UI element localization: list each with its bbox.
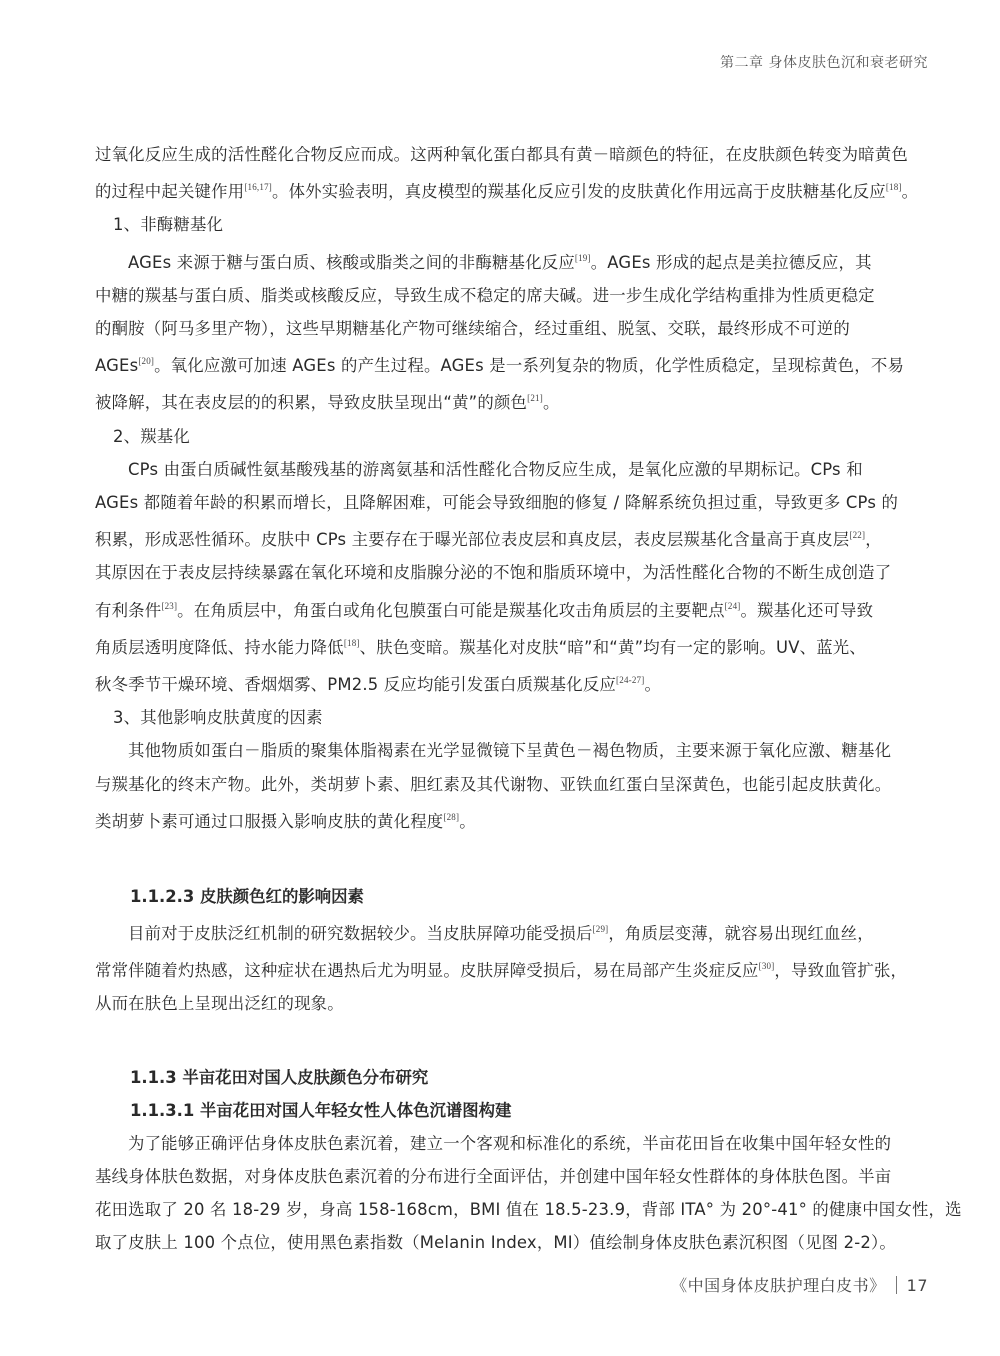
- paragraph-cps: CPs 由蛋白质碱性氨基酸残基的游离氨基和活性醛化合物反应生成，是氧化应激的早期…: [95, 453, 907, 701]
- paragraph-ages: AGEs 来源于糖与蛋白质、核酸或脂类之间的非酶糖基化反应[19]。AGEs 形…: [95, 242, 907, 420]
- text-line: 常常伴随着灼热感，这种症状在遇热后尤为明显。皮肤屏障受损后，易在局部产生炎症反应…: [95, 950, 907, 987]
- subheading-carbonylation: 2、羰基化: [95, 420, 907, 453]
- text-span: 。: [644, 675, 661, 694]
- text-span: 被降解，其在表皮层的的积累，导致皮肤呈现出“黄”的颜色: [95, 393, 527, 412]
- paragraph-redness: 目前对于皮肤泛红机制的研究数据较少。当皮肤屏障功能受损后[29]，角质层变薄，就…: [95, 913, 907, 1021]
- text-line: 过氧化反应生成的活性醛化合物反应而成。这两种氧化蛋白都具有黄－暗颜色的特征，在皮…: [95, 138, 907, 171]
- spacer: [95, 838, 907, 880]
- text-span: 。: [459, 812, 476, 831]
- text-span: 目前对于皮肤泛红机制的研究数据较少。当皮肤屏障功能受损后: [128, 924, 593, 943]
- text-line: 与羰基化的终末产物。此外，类胡萝卜素、胆红素及其代谢物、亚铁血红蛋白呈深黄色，也…: [95, 768, 907, 801]
- footer-divider: [896, 1276, 897, 1294]
- text-span: ，角质层变薄，就容易出现红血丝，: [608, 924, 873, 943]
- text-span: 积累，形成恶性循环。皮肤中 CPs 主要存在于曝光部位表皮层和真皮层，表皮层羰基…: [95, 530, 849, 549]
- running-header: 第二章 身体皮肤色沉和衰老研究: [720, 52, 928, 72]
- text-span: 类胡萝卜素可通过口服摄入影响皮肤的黄化程度: [95, 812, 443, 831]
- citation-ref: [18]: [344, 638, 360, 648]
- text-span: 常常伴随着灼热感，这种症状在遇热后尤为明显。皮肤屏障受损后，易在局部产生炎症反应: [95, 961, 759, 980]
- citation-ref: [29]: [593, 924, 609, 934]
- text-span: 秋冬季节干燥环境、香烟烟雾、PM2.5 反应均能引发蛋白质羰基化反应: [95, 675, 616, 694]
- text-span: 角质层透明度降低、持水能力降低: [95, 638, 344, 657]
- citation-ref: [30]: [759, 961, 775, 971]
- text-span: 。: [543, 393, 560, 412]
- paragraph-study: 为了能够正确评估身体皮肤色素沉着，建立一个客观和标准化的系统，半亩花田旨在收集中…: [95, 1127, 907, 1260]
- text-span: 。羰基化还可导致: [740, 601, 873, 620]
- text-line: 为了能够正确评估身体皮肤色素沉着，建立一个客观和标准化的系统，半亩花田旨在收集中…: [95, 1127, 907, 1160]
- text-line: 积累，形成恶性循环。皮肤中 CPs 主要存在于曝光部位表皮层和真皮层，表皮层羰基…: [95, 519, 907, 556]
- text-line: 秋冬季节干燥环境、香烟烟雾、PM2.5 反应均能引发蛋白质羰基化反应[24-27…: [95, 664, 907, 701]
- text-span: 。AGEs 形成的起点是美拉德反应，其: [591, 253, 872, 272]
- text-span: 。体外实验表明，真皮模型的羰基化反应引发的皮肤黄化作用远高于皮肤糖基化反应: [272, 182, 886, 201]
- text-line: 其他物质如蛋白－脂质的聚集体脂褐素在光学显微镜下呈黄色－褐色物质，主要来源于氧化…: [95, 734, 907, 767]
- text-line: 被降解，其在表皮层的的积累，导致皮肤呈现出“黄”的颜色[21]。: [95, 382, 907, 419]
- text-span: AGEs: [95, 356, 138, 375]
- text-line: CPs 由蛋白质碱性氨基酸残基的游离氨基和活性醛化合物反应生成，是氧化应激的早期…: [95, 453, 907, 486]
- paragraph-continued: 过氧化反应生成的活性醛化合物反应而成。这两种氧化蛋白都具有黄－暗颜色的特征，在皮…: [95, 138, 907, 208]
- text-line: 中糖的羰基与蛋白质、脂类或核酸反应，导致生成不稳定的席夫碱。进一步生成化学结构重…: [95, 279, 907, 312]
- text-span: 。氧化应激可加速 AGEs 的产生过程。AGEs 是一系列复杂的物质，化学性质稳…: [154, 356, 904, 375]
- page-body: 过氧化反应生成的活性醛化合物反应而成。这两种氧化蛋白都具有黄－暗颜色的特征，在皮…: [95, 138, 907, 1259]
- citation-ref: [28]: [443, 812, 459, 822]
- text-line: 取了皮肤上 100 个点位，使用黑色素指数（Melanin Index，MI）值…: [95, 1226, 907, 1259]
- citation-ref: [20]: [138, 356, 154, 366]
- subheading-non-enzymatic-glycation: 1、非酶糖基化: [95, 208, 907, 241]
- text-line: 角质层透明度降低、持水能力降低[18]、肤色变暗。羰基化对皮肤“暗”和“黄”均有…: [95, 627, 907, 664]
- section-heading-113: 1.1.3 半亩花田对国人皮肤颜色分布研究: [95, 1061, 907, 1094]
- page-footer: 《中国身体皮肤护理白皮书》17: [671, 1273, 928, 1296]
- paragraph-other-factors: 其他物质如蛋白－脂质的聚集体脂褐素在光学显微镜下呈黄色－褐色物质，主要来源于氧化…: [95, 734, 907, 838]
- spacer: [95, 1021, 907, 1061]
- text-line: AGEs[20]。氧化应激可加速 AGEs 的产生过程。AGEs 是一系列复杂的…: [95, 345, 907, 382]
- text-span: ，导致血管扩张，: [774, 961, 907, 980]
- section-heading-1123: 1.1.2.3 皮肤颜色红的影响因素: [95, 880, 907, 913]
- text-line: AGEs 都随着年龄的积累而增长，且降解困难，可能会导致细胞的修复 / 降解系统…: [95, 486, 907, 519]
- page-number: 17: [907, 1276, 928, 1295]
- text-line: 目前对于皮肤泛红机制的研究数据较少。当皮肤屏障功能受损后[29]，角质层变薄，就…: [95, 913, 907, 950]
- citation-ref: [16,17]: [244, 182, 272, 192]
- text-span: 。: [902, 182, 919, 201]
- text-span: AGEs 来源于糖与蛋白质、核酸或脂类之间的非酶糖基化反应: [128, 253, 575, 272]
- text-span: 、肤色变暗。羰基化对皮肤“暗”和“黄”均有一定的影响。UV、蓝光、: [360, 638, 866, 657]
- citation-ref: [21]: [527, 393, 543, 403]
- text-span: 有利条件: [95, 601, 161, 620]
- text-line: 类胡萝卜素可通过口服摄入影响皮肤的黄化程度[28]。: [95, 801, 907, 838]
- text-line: 有利条件[23]。在角质层中，角蛋白或角化包膜蛋白可能是羰基化攻击角质层的主要靶…: [95, 590, 907, 627]
- citation-ref: [24-27]: [616, 675, 644, 685]
- text-span: ，: [865, 530, 882, 549]
- text-line: 的过程中起关键作用[16,17]。体外实验表明，真皮模型的羰基化反应引发的皮肤黄…: [95, 171, 907, 208]
- subheading-other-factors: 3、其他影响皮肤黄度的因素: [95, 701, 907, 734]
- text-line: 基线身体肤色数据，对身体皮肤色素沉着的分布进行全面评估，并创建中国年轻女性群体的…: [95, 1160, 907, 1193]
- section-heading-1131: 1.1.3.1 半亩花田对国人年轻女性人体色沉谱图构建: [95, 1094, 907, 1127]
- text-line: 其原因在于表皮层持续暴露在氧化环境和皮脂腺分泌的不饱和脂质环境中，为活性醛化合物…: [95, 556, 907, 589]
- text-line: 从而在肤色上呈现出泛红的现象。: [95, 987, 907, 1020]
- text-line: AGEs 来源于糖与蛋白质、核酸或脂类之间的非酶糖基化反应[19]。AGEs 形…: [95, 242, 907, 279]
- citation-ref: [19]: [575, 253, 591, 263]
- text-span: 。在角质层中，角蛋白或角化包膜蛋白可能是羰基化攻击角质层的主要靶点: [177, 601, 725, 620]
- citation-ref: [22]: [849, 530, 865, 540]
- citation-ref: [18]: [886, 182, 902, 192]
- text-span: 的过程中起关键作用: [95, 182, 244, 201]
- text-line: 的酮胺（阿马多里产物），这些早期糖基化产物可继续缩合，经过重组、脱氢、交联，最终…: [95, 312, 907, 345]
- citation-ref: [23]: [161, 601, 177, 611]
- book-title: 《中国身体皮肤护理白皮书》: [671, 1276, 886, 1295]
- citation-ref: [24]: [725, 601, 741, 611]
- text-line: 花田选取了 20 名 18-29 岁，身高 158-168cm，BMI 值在 1…: [95, 1193, 907, 1226]
